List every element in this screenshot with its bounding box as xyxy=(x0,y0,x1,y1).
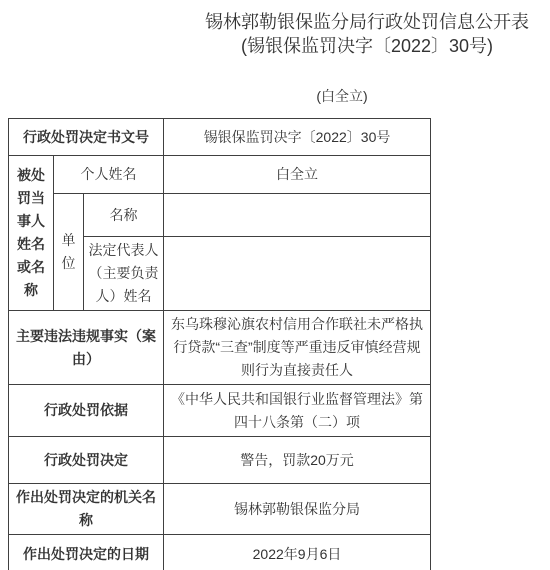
row-facts: 主要违法违规事实（案由） 东乌珠穆沁旗农村信用合作联社未严格执行贷款“三查”制度… xyxy=(9,311,431,385)
row-basis: 行政处罚依据 《中华人民共和国银行业监督管理法》第四十八条第（二）项 xyxy=(9,385,431,437)
authority-label: 作出处罚决定的机关名称 xyxy=(9,484,164,535)
basis-value: 《中华人民共和国银行业监督管理法》第四十八条第（二）项 xyxy=(164,385,431,437)
doc-number-value: 锡银保监罚决字〔2022〕30号 xyxy=(164,119,431,156)
legal-rep-label: 法定代表人（主要负责人）姓名 xyxy=(84,237,164,311)
unit-name-label: 名称 xyxy=(84,194,164,237)
penalty-info-table: 行政处罚决定书文号 锡银保监罚决字〔2022〕30号 被处 罚当 事人 姓名 或… xyxy=(8,118,431,570)
row-authority: 作出处罚决定的机关名称 锡林郭勒银保监分局 xyxy=(9,484,431,535)
date-label: 作出处罚决定的日期 xyxy=(9,535,164,570)
facts-label: 主要违法违规事实（案由） xyxy=(9,311,164,385)
decision-label: 行政处罚决定 xyxy=(9,437,164,484)
person-name-note: (白全立) xyxy=(67,87,550,105)
row-personal-name: 被处 罚当 事人 姓名 或名 称 个人姓名 白全立 xyxy=(9,156,431,194)
legal-rep-value xyxy=(164,237,431,311)
personal-name-label: 个人姓名 xyxy=(54,156,164,194)
unit-name-value xyxy=(164,194,431,237)
row-unit-name: 单 位 名称 xyxy=(9,194,431,237)
row-decision: 行政处罚决定 警告，罚款20万元 xyxy=(9,437,431,484)
basis-label: 行政处罚依据 xyxy=(9,385,164,437)
unit-label: 单 位 xyxy=(54,194,84,311)
party-group-label: 被处 罚当 事人 姓名 或名 称 xyxy=(9,156,54,311)
doc-number-label: 行政处罚决定书文号 xyxy=(9,119,164,156)
personal-name-value: 白全立 xyxy=(164,156,431,194)
page-subtitle-doc-number: (锡银保监罚决字〔2022〕30号) xyxy=(92,34,550,58)
facts-value: 东乌珠穆沁旗农村信用合作联社未严格执行贷款“三查”制度等严重违反审慎经营规则行为… xyxy=(164,311,431,385)
date-value: 2022年9月6日 xyxy=(164,535,431,570)
row-doc-number: 行政处罚决定书文号 锡银保监罚决字〔2022〕30号 xyxy=(9,119,431,156)
row-date: 作出处罚决定的日期 2022年9月6日 xyxy=(9,535,431,570)
page-title: 锡林郭勒银保监分局行政处罚信息公开表 xyxy=(92,10,550,34)
decision-value: 警告，罚款20万元 xyxy=(164,437,431,484)
authority-value: 锡林郭勒银保监分局 xyxy=(164,484,431,535)
